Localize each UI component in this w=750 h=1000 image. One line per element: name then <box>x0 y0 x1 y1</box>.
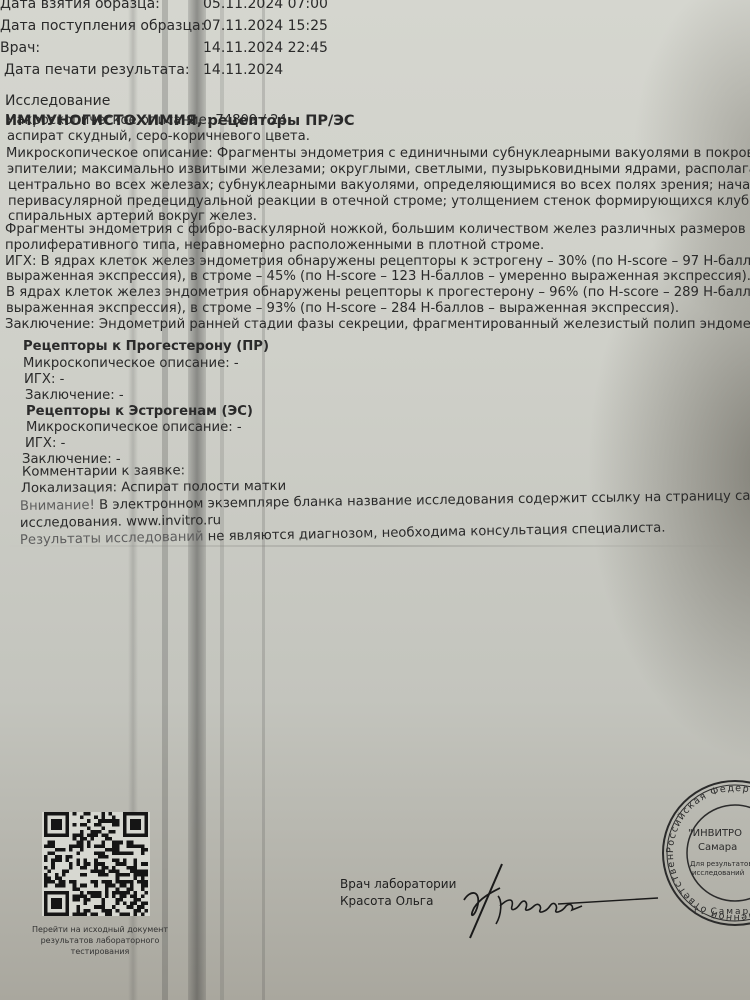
qr-code-image <box>42 812 150 916</box>
signatory-role: Врач лаборатории <box>340 876 456 893</box>
meta-label: Дата поступления образца: <box>0 18 205 34</box>
study-line: В ядрах клеток желез эндометрия обнаруже… <box>6 285 750 301</box>
study-line: Макроскопическое описание: 74809 / 24: <box>5 113 291 129</box>
study-line: Фрагменты эндометрия с фибро-васкулярной… <box>5 222 750 238</box>
lab-report: Дата взятия образца: 05.11.2024 07:00 Да… <box>0 0 750 1000</box>
meta-label: Дата печати результата: <box>4 62 190 78</box>
study-line: эпителии; максимально извитыми железами;… <box>7 162 750 178</box>
study-line: аспират скудный, серо-коричневого цвета. <box>7 129 310 145</box>
meta-value: 14.11.2024 22:45 <box>203 40 328 56</box>
stamp-purpose-2: исследований <box>692 869 744 877</box>
estrogen-igh: ИГХ: - <box>25 436 65 452</box>
study-line: пролиферативного типа, неравномерно расп… <box>5 238 544 254</box>
progesterone-conclusion: Заключение: - <box>25 388 124 404</box>
signatory-name: Красота Ольга <box>340 893 456 910</box>
estrogen-micro: Микроскопическое описание: - <box>26 420 242 436</box>
stamp-city: Самара <box>698 842 737 853</box>
stamp-city-bottom: г. Самара <box>694 907 750 917</box>
study-line: перивасулярной предецидуальной реакции в… <box>8 194 750 210</box>
meta-label: Врач: <box>0 40 40 56</box>
study-line: выраженная экспрессия), в строме – 45% (… <box>6 269 750 285</box>
stamp-org: "ИНВИТРО <box>688 828 742 839</box>
disclaimer-rest: не являются диагнозом, необходима консул… <box>203 521 665 545</box>
disclaimer-lead: Результаты исследований <box>20 529 204 548</box>
qr-caption: Перейти на исходный документ результатов… <box>30 924 170 957</box>
signatory-block: Врач лаборатории Красота Ольга <box>340 876 456 910</box>
stamp-icon: Российская Федерация • Общество с ограни… <box>660 778 750 928</box>
study-line: Заключение: Эндометрий ранней стадии фаз… <box>5 317 750 333</box>
study-line: центрально во всех железах; субнуклеарны… <box>8 178 750 194</box>
qr-code[interactable] <box>42 812 150 916</box>
section-label: Исследование <box>5 93 110 109</box>
progesterone-heading: Рецепторы к Прогестерону (ПР) <box>23 339 269 355</box>
study-line: Микроскопическое описание: Фрагменты энд… <box>6 146 750 162</box>
order-comments: Комментарии к заявке: <box>22 463 185 480</box>
meta-value: 05.11.2024 07:00 <box>203 0 328 12</box>
estrogen-heading: Рецепторы к Эстрогенам (ЭС) <box>26 404 253 420</box>
progesterone-igh: ИГХ: - <box>24 372 64 388</box>
order-localization: Локализация: Аспират полости матки <box>21 479 286 497</box>
progesterone-micro: Микроскопическое описание: - <box>23 356 239 372</box>
study-line: выраженная экспрессия), в строме – 93% (… <box>6 301 679 317</box>
stamp-purpose-1: Для результатов <box>690 860 750 868</box>
meta-label: Дата взятия образца: <box>0 0 160 12</box>
meta-value: 07.11.2024 15:25 <box>203 18 328 34</box>
signature-icon <box>440 860 660 940</box>
attention-word: Внимание! <box>20 498 95 514</box>
meta-value: 14.11.2024 <box>203 62 283 78</box>
study-line: ИГХ: В ядрах клеток желез эндометрия обн… <box>5 254 750 270</box>
